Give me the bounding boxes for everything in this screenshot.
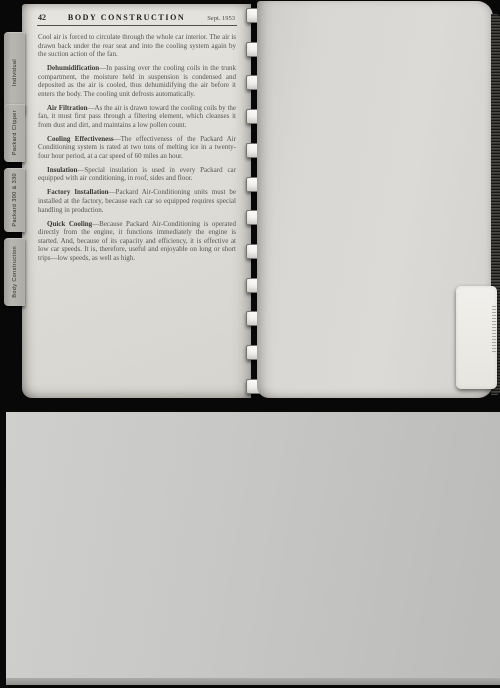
paragraph: Dehumidification—In passing over the coo…: [38, 64, 236, 98]
thumb-tab-label: Packard 300 & 330: [12, 173, 18, 227]
run-in-heading: Dehumidification: [47, 64, 99, 72]
paragraph: Air Filtration—As the air is drawn towar…: [38, 104, 236, 130]
thumb-tab-body-construction: Body Construction: [4, 238, 25, 306]
run-in-heading: Insulation: [47, 166, 77, 174]
run-in-heading: Factory Installation: [47, 188, 109, 196]
page-number: 42: [38, 13, 46, 22]
thumb-tab-individual: Individual: [4, 32, 25, 114]
thumb-tab-packard-300-330: Packard 300 & 330: [4, 168, 25, 232]
run-in-heading: Quick Cooling: [47, 220, 92, 228]
thumb-tab-label: Body Construction: [12, 246, 18, 298]
paragraph: Insulation—Special insulation is used in…: [38, 166, 236, 183]
page-body: Cool air is forced to circulate through …: [22, 26, 251, 262]
table-surface-edge: [6, 678, 500, 685]
thumb-tab-label: Packard Clipper: [12, 110, 18, 155]
paragraph: Factory Installation—Packard Air-Conditi…: [38, 188, 236, 214]
right-divider-tab: [456, 286, 497, 389]
page-title: BODY CONSTRUCTION: [68, 13, 185, 22]
table-surface: [6, 412, 500, 678]
paragraph: Quick Cooling—Because Packard Air-Condit…: [38, 220, 236, 263]
paragraph: Cooling Effectiveness—The effectiveness …: [38, 135, 236, 161]
photo-of-open-manual: 42 BODY CONSTRUCTION Sept. 1953 Cool air…: [0, 0, 500, 688]
run-in-heading: Air Filtration: [47, 104, 88, 112]
page-header: 42 BODY CONSTRUCTION Sept. 1953: [22, 4, 251, 22]
tab-edge-marking: [492, 306, 496, 354]
paragraph: Cool air is forced to circulate through …: [38, 33, 236, 59]
thumb-tab-packard-clipper: Packard Clipper: [4, 104, 25, 162]
page-date: Sept. 1953: [207, 15, 235, 22]
thumb-tab-label: Individual: [12, 59, 18, 86]
left-page: 42 BODY CONSTRUCTION Sept. 1953 Cool air…: [22, 4, 251, 398]
run-in-heading: Cooling Effectiveness: [47, 135, 114, 143]
